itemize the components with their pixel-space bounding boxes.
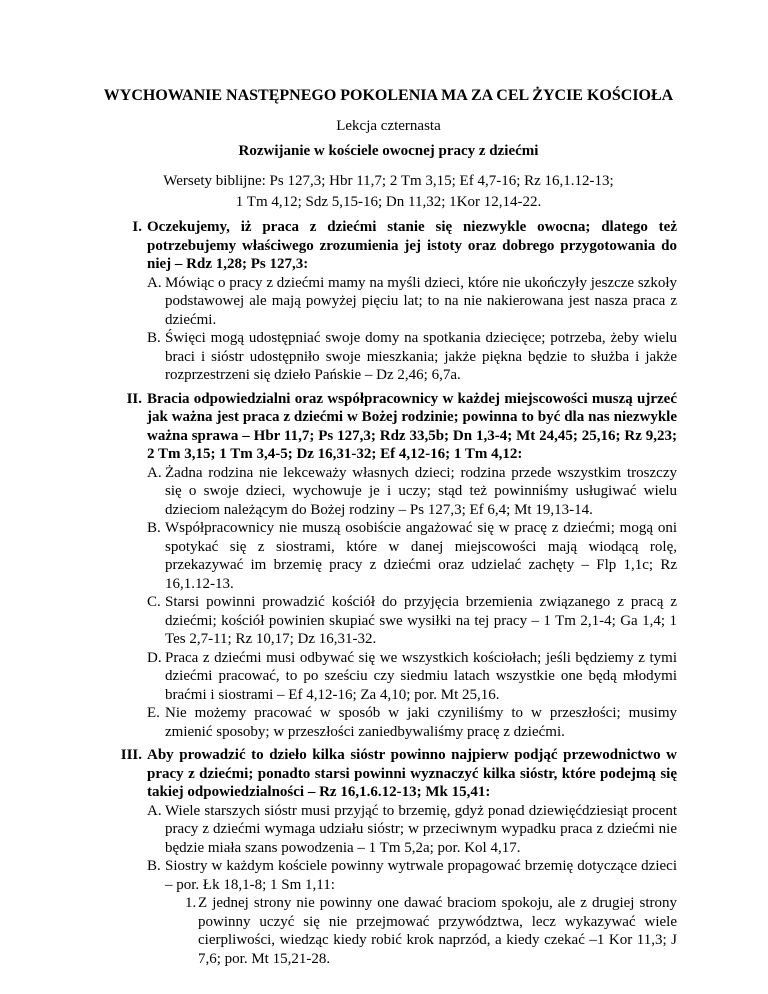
item-marker: E. [147,704,165,741]
section-3-body: Aby prowadzić to dzieło kilka sióstr pow… [147,746,677,968]
item-marker: A. [147,464,165,520]
item-text: Praca z dziećmi musi odbywać się we wszy… [165,649,677,705]
list-item: B. Święci mogą udostępniać swoje domy na… [147,329,677,385]
item-marker: A. [147,802,165,858]
bible-verses: Wersety biblijne: Ps 127,3; Hbr 11,7; 2 … [100,171,677,213]
item-text: Współpracownicy nie muszą osobiście anga… [165,519,677,593]
section-2-marker: II. [100,390,147,742]
section-3-heading: Aby prowadzić to dzieło kilka sióstr pow… [147,746,677,802]
list-item: A. Mówiąc o pracy z dziećmi mamy na myśl… [147,274,677,330]
item-marker: D. [147,649,165,705]
outline-section-2: II. Bracia odpowiedzialni oraz współprac… [100,390,677,742]
item-marker: B. [147,329,165,385]
item-column: Siostry w każdym kościele powinny wytrwa… [165,857,677,968]
list-item: C. Starsi powinni prowadzić kościół do p… [147,593,677,649]
item-text: Święci mogą udostępniać swoje domy na sp… [165,329,677,385]
item-text: Żadna rodzina nie lekceważy własnych dzi… [165,464,677,520]
document-page: WYCHOWANIE NASTĘPNEGO POKOLENIA MA ZA CE… [0,0,768,994]
list-item: B. Siostry w każdym kościele powinny wyt… [147,857,677,968]
item-text: Wiele starszych sióstr musi przyjąć to b… [165,802,677,858]
bible-verses-line-2: 1 Tm 4,12; Sdz 5,15-16; Dn 11,32; 1Kor 1… [100,192,677,213]
section-1-marker: I. [100,218,147,385]
lesson-subtitle: Rozwijanie w kościele owocnej pracy z dz… [100,143,677,160]
section-3-marker: III. [100,746,147,968]
section-2-body: Bracia odpowiedzialni oraz współpracowni… [147,390,677,742]
list-item: D. Praca z dziećmi musi odbywać się we w… [147,649,677,705]
lesson-number: Lekcja czternasta [100,118,677,135]
list-item: B. Współpracownicy nie muszą osobiście a… [147,519,677,593]
section-2-heading: Bracia odpowiedzialni oraz współpracowni… [147,390,677,464]
sub-item-marker: 1. [165,894,198,968]
section-1-heading: Oczekujemy, iż praca z dziećmi stanie si… [147,218,677,274]
item-text: Siostry w każdym kościele powinny wytrwa… [165,857,677,894]
bible-verses-line-1: Wersety biblijne: Ps 127,3; Hbr 11,7; 2 … [100,171,677,192]
numbered-sub-item: 1. Z jednej strony nie powinny one dawać… [165,894,677,968]
list-item: E. Nie możemy pracować w sposób w jaki c… [147,704,677,741]
sub-item-text: Z jednej strony nie powinny one dawać br… [198,894,677,968]
document-title: WYCHOWANIE NASTĘPNEGO POKOLENIA MA ZA CE… [100,87,677,104]
item-text: Nie możemy pracować w sposób w jaki czyn… [165,704,677,741]
list-item: A. Żadna rodzina nie lekceważy własnych … [147,464,677,520]
item-marker: B. [147,857,165,968]
item-text: Mówiąc o pracy z dziećmi mamy na myśli d… [165,274,677,330]
outline-section-1: I. Oczekujemy, iż praca z dziećmi stanie… [100,218,677,385]
item-marker: A. [147,274,165,330]
item-text: Starsi powinni prowadzić kościół do przy… [165,593,677,649]
item-marker: C. [147,593,165,649]
item-marker: B. [147,519,165,593]
section-1-body: Oczekujemy, iż praca z dziećmi stanie si… [147,218,677,385]
outline-section-3: III. Aby prowadzić to dzieło kilka sióst… [100,746,677,968]
lesson-outline: I. Oczekujemy, iż praca z dziećmi stanie… [100,218,677,968]
list-item: A. Wiele starszych sióstr musi przyjąć t… [147,802,677,858]
